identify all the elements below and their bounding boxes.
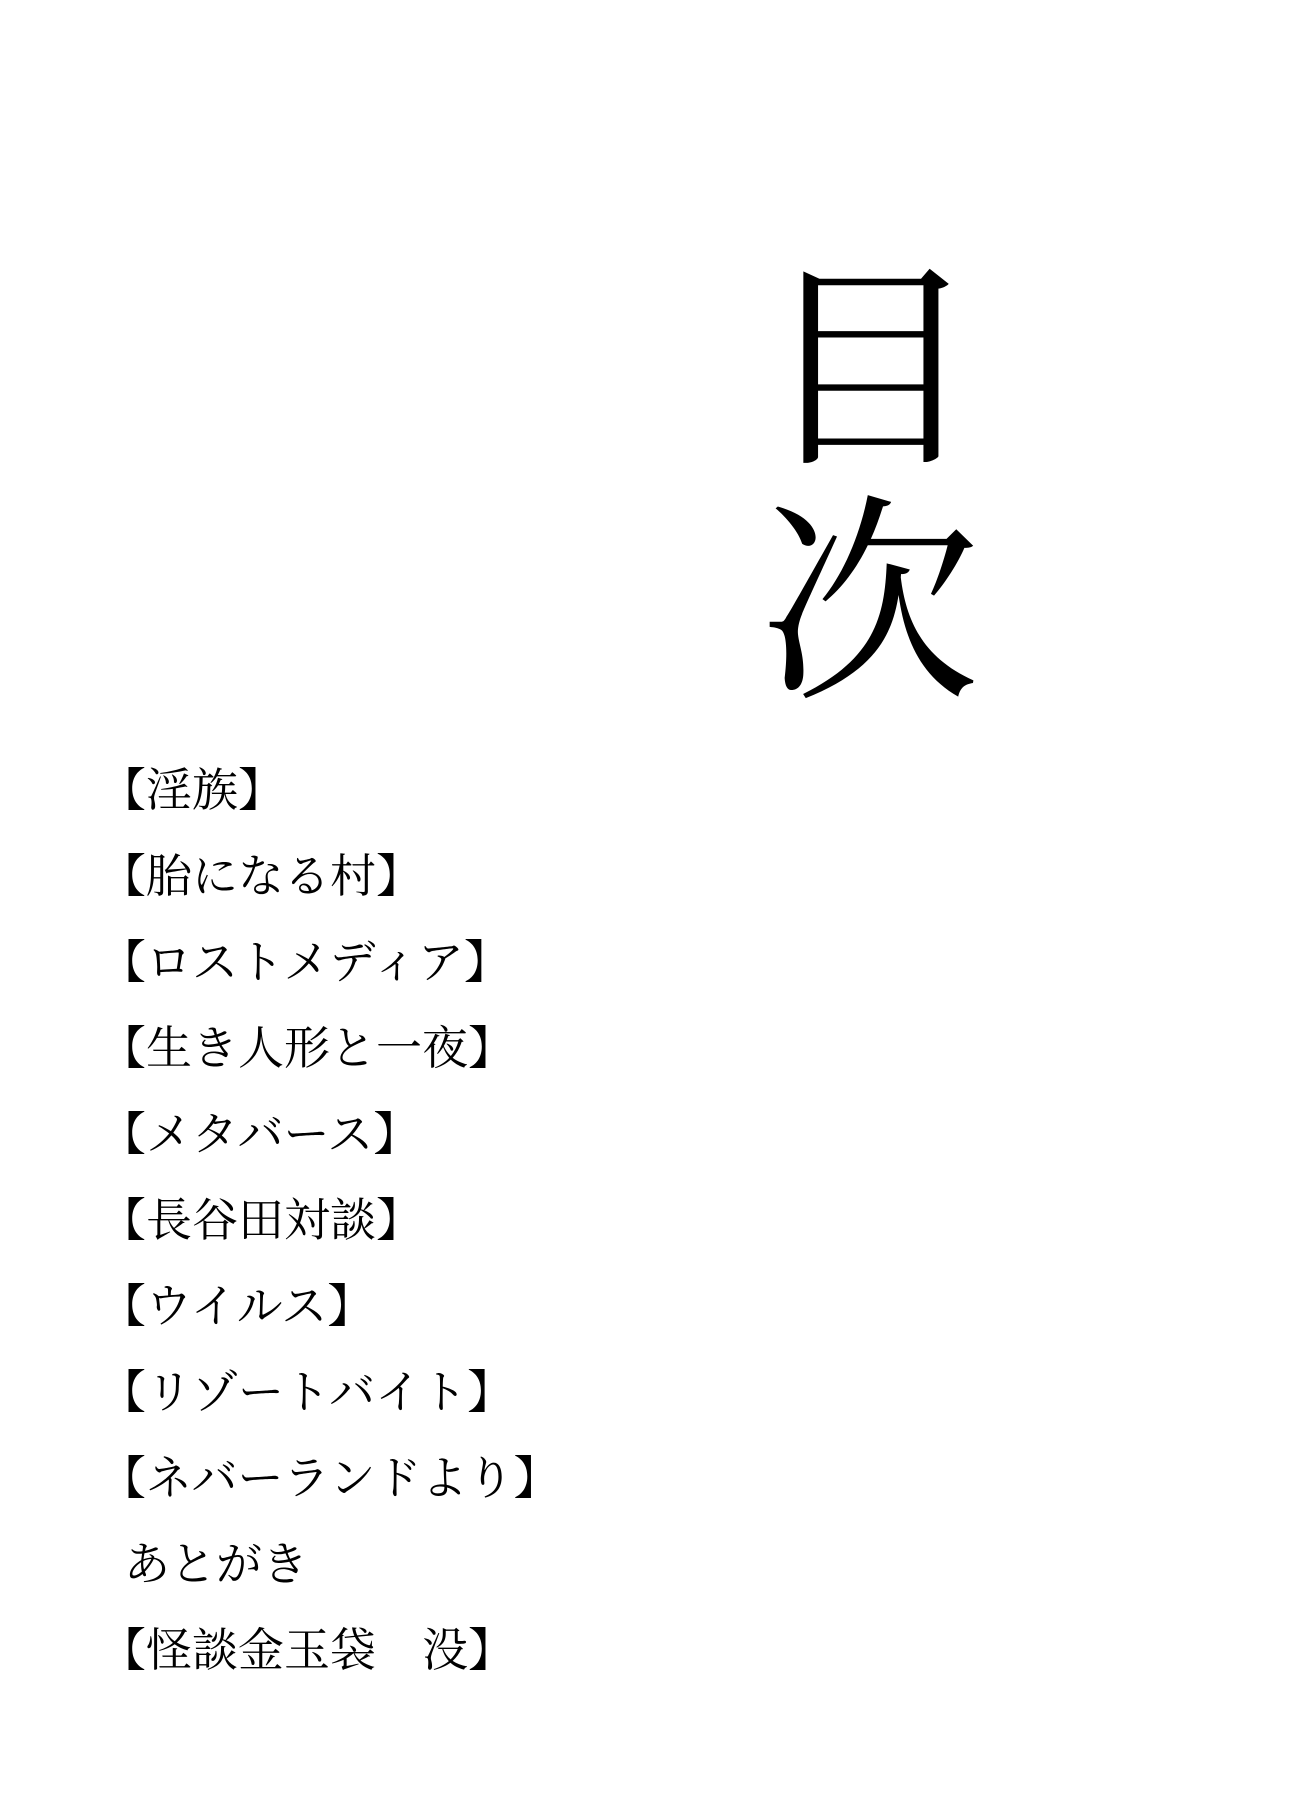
toc-list: 【淫族】 【胎になる村】 【ロストメディア】 【生き人形と一夜】 【メタバース】… xyxy=(100,748,1200,1694)
toc-item: 【長谷田対談】 xyxy=(100,1178,1200,1264)
toc-page: 目 次 【淫族】 【胎になる村】 【ロストメディア】 【生き人形と一夜】 【メタ… xyxy=(0,0,1311,1819)
title-char-2: 次 xyxy=(760,490,980,725)
toc-item: 【ロストメディア】 xyxy=(100,920,1200,1006)
toc-item: 【ネバーランドより】 xyxy=(100,1436,1200,1522)
toc-item: 【胎になる村】 xyxy=(100,834,1200,920)
toc-item: 【怪談金玉袋 没】 xyxy=(100,1608,1200,1694)
title-char-1: 目 xyxy=(760,255,980,490)
toc-item: 【メタバース】 xyxy=(100,1092,1200,1178)
toc-item: 【淫族】 xyxy=(100,748,1200,834)
toc-item: 【リゾートバイト】 xyxy=(100,1350,1200,1436)
toc-item: 【ウイルス】 xyxy=(100,1264,1200,1350)
toc-item: 【生き人形と一夜】 xyxy=(100,1006,1200,1092)
page-title: 目 次 xyxy=(760,255,980,725)
toc-item-afterword: あとがき xyxy=(100,1522,1200,1608)
